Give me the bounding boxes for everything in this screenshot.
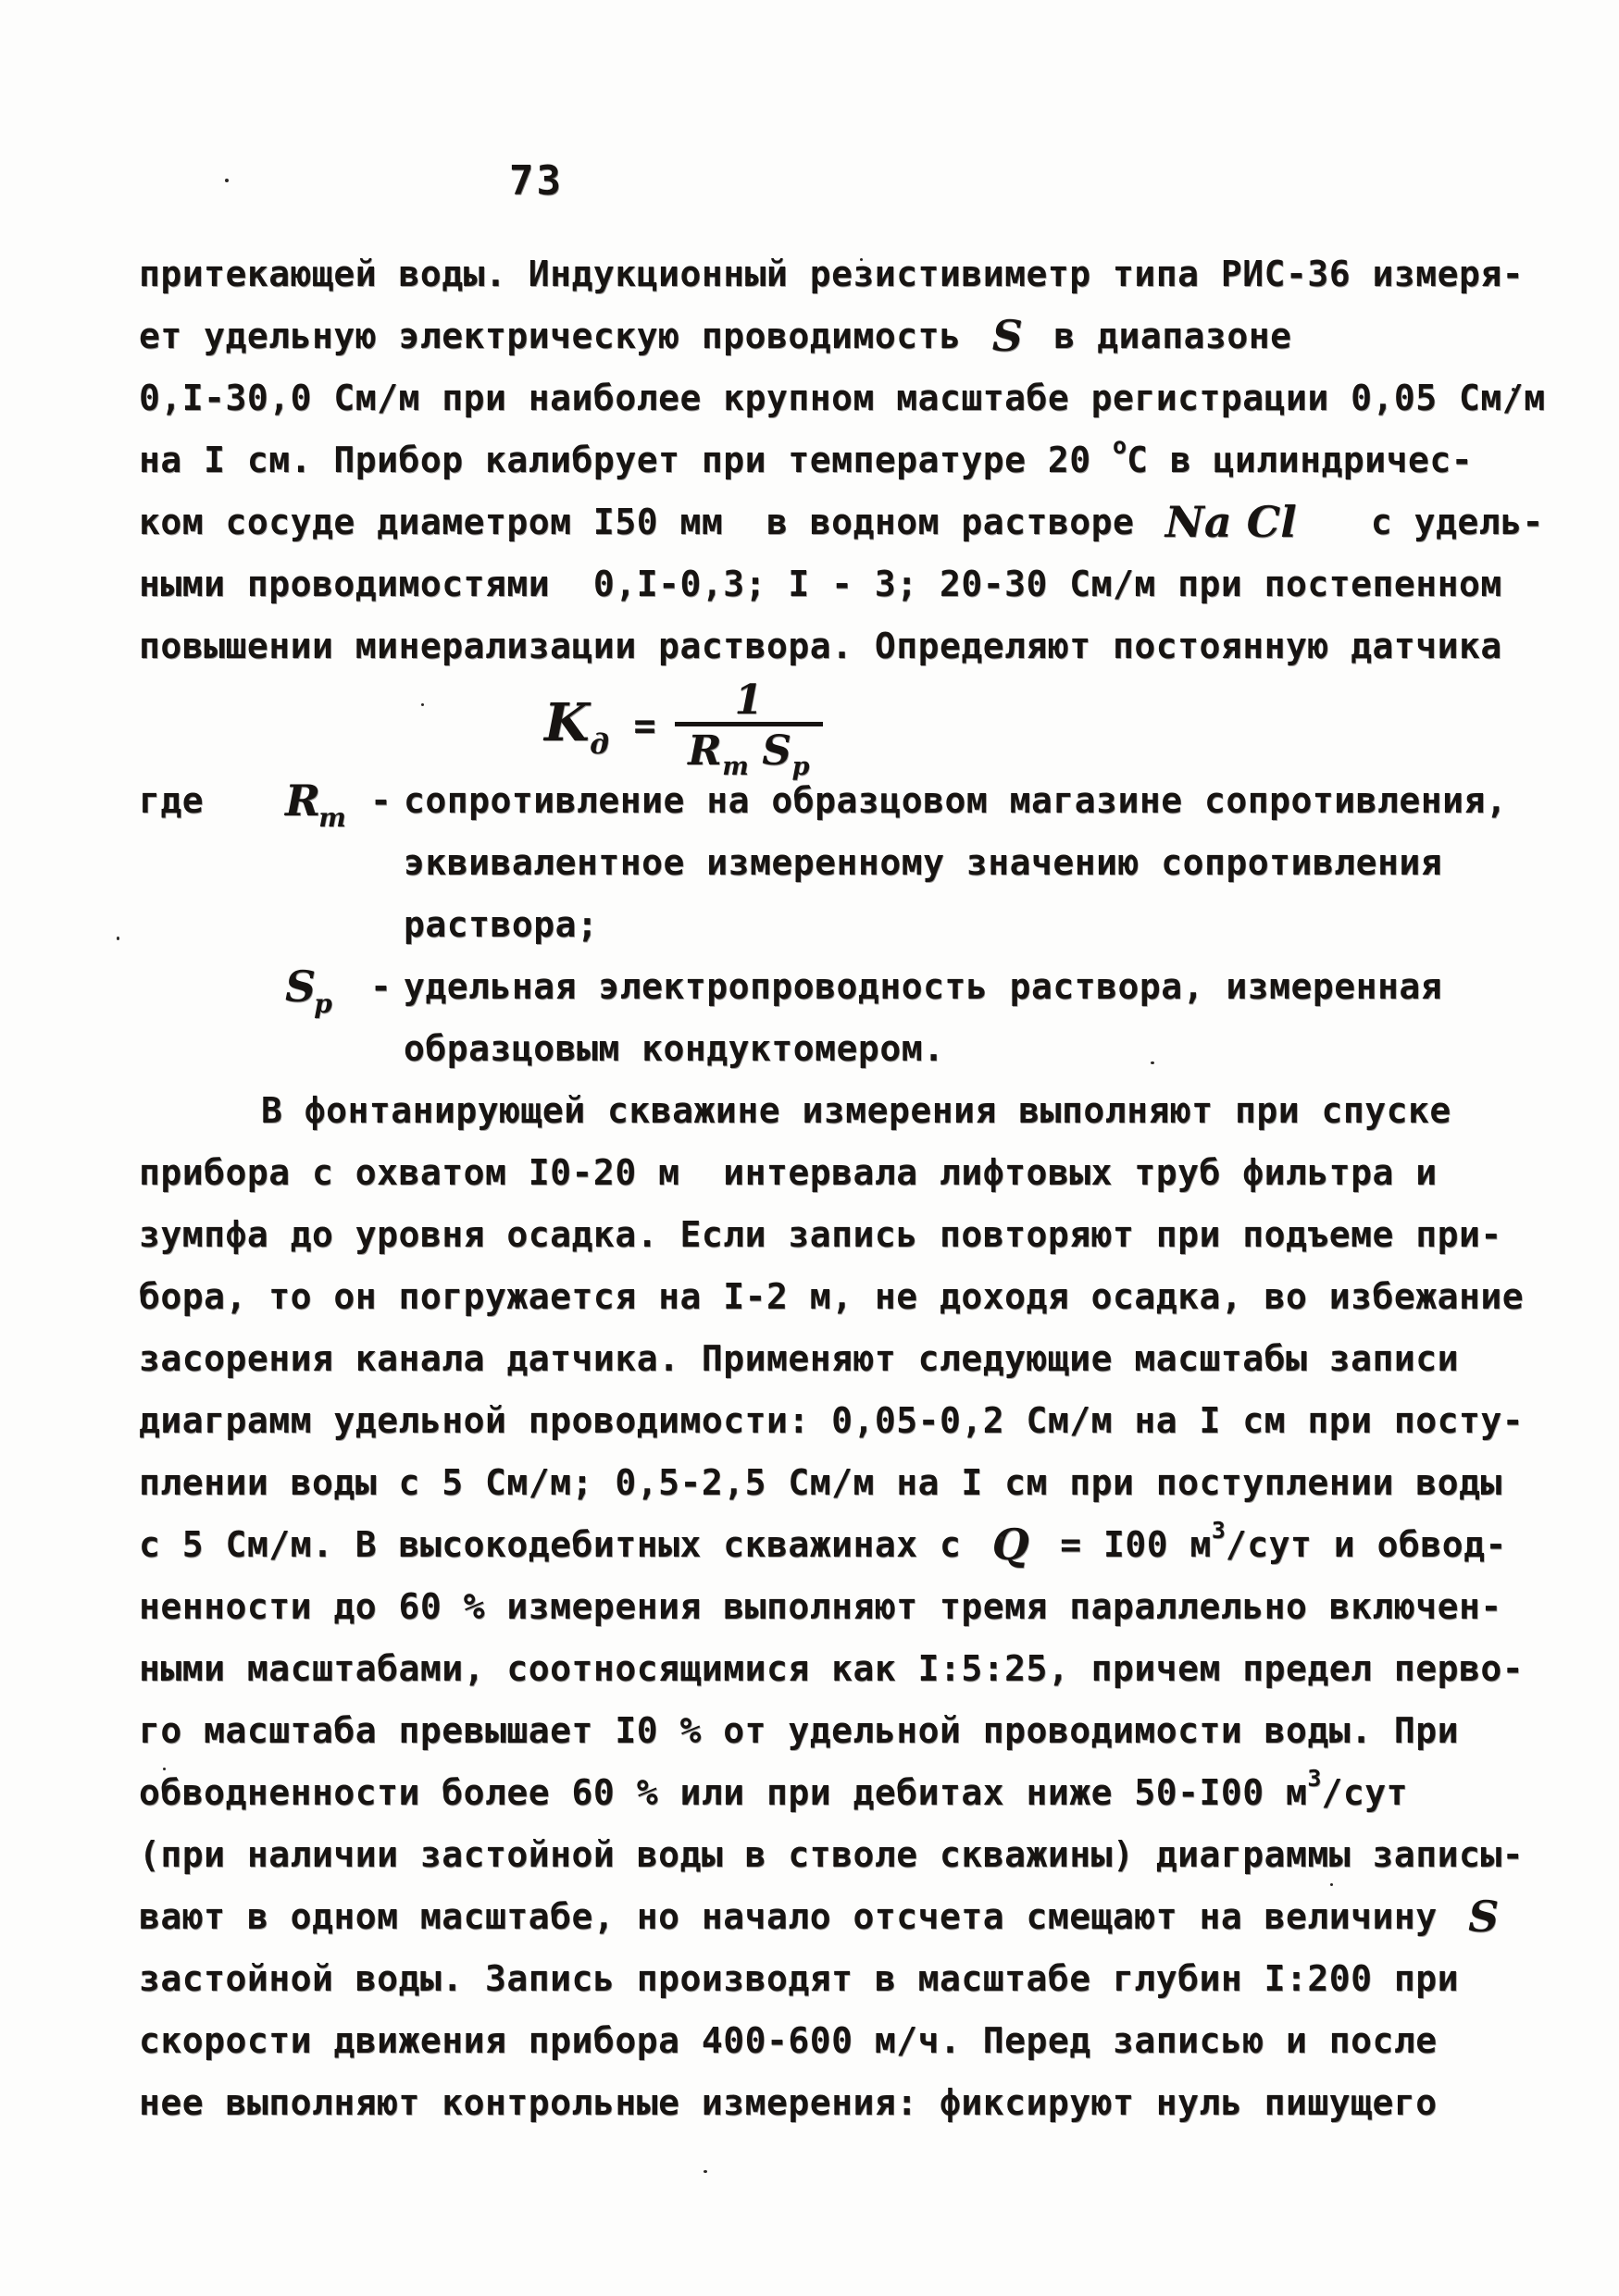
text-line-content: /сут и обвод- [1226,1524,1507,1565]
text-line: обводненности более 60 % или при дебитах… [139,1761,1564,1823]
text-line-content: 0,I-30,0 См/м при наиболее крупном масшт… [139,378,1546,418]
script-symbol: Q [992,1520,1029,1570]
superscript: о [1113,432,1127,459]
text-line: плении воды с 5 См/м; 0,5-2,5 См/м на I … [139,1451,1564,1513]
text-line: повышении минерализации раствора. Опреде… [139,614,1564,676]
text-line: вают в одном масштабе, но начало отсчета… [139,1885,1564,1947]
formula-lhs: Kд [544,692,610,753]
script-symbol-subscript: р [314,988,332,1019]
text-line-content: на I см. Прибор калибрует при температур… [139,440,1113,480]
text-line: ными масштабами, соотносящимися как I:5:… [139,1637,1564,1699]
text-line-content: притекающей воды. Индукционный резистиви… [139,254,1524,294]
text-line: застойной воды. Запись производят в масш… [139,1947,1564,2009]
definition-text: сопротивление на образцовом магазине соп… [404,780,1507,821]
scan-speckle [860,258,863,261]
text-line-content: в диапазоне [1032,316,1292,356]
scan-speckle [1151,1061,1154,1064]
text-line: раствора; [139,893,1564,955]
text-line-content: ком сосуде диаметром I50 мм в водном рас… [139,502,1156,542]
text-line: 0,I-30,0 См/м при наиболее крупном масшт… [139,366,1564,428]
text-line-content: скорости движения прибора 400-600 м/ч. П… [139,2020,1438,2061]
superscript: 3 [1307,1765,1321,1792]
text-line: засорения канала датчика. Применяют след… [139,1327,1564,1389]
scan-speckle [225,179,229,182]
text-line: притекающей воды. Индукционный резистиви… [139,242,1564,304]
definition-dash: - [370,780,404,821]
definition-symbol: Sр [276,962,370,1011]
definition-text: удельная электропроводность раствора, из… [404,966,1442,1007]
text-line: Sр-удельная электропроводность раствора,… [139,955,1564,1017]
text-line-content: обводненности более 60 % или при дебитах… [139,1772,1307,1813]
text-line-content: /сут [1321,1772,1408,1813]
formula-den-term1: R [688,727,722,775]
script-symbol: Rт [285,776,348,825]
formula-den-term2: S [762,727,791,775]
script-symbol-base: R [285,776,320,825]
text-line-content: С в цилиндричес- [1127,440,1473,480]
script-symbol: Na Cl [1165,497,1297,547]
text-line-content: бора, то он погружается на I-2 м, не дох… [139,1276,1524,1317]
text-line: зумпфа до уровня осадка. Если запись пов… [139,1203,1564,1265]
formula-equals: = [634,705,657,748]
formula-fraction: 1RтSр [675,681,823,780]
text-line: скорости движения прибора 400-600 м/ч. П… [139,2009,1564,2071]
text-line-content: го масштаба превышает I0 % от удельной п… [139,1710,1459,1751]
text-line: (при наличии застойной воды в стволе скв… [139,1823,1564,1885]
text-line-content: прибора с охватом I0-20 м интервала лифт… [139,1152,1438,1193]
definition-continuation: эквивалентное измеренному значению сопро… [139,842,1442,883]
text-line: ненности до 60 % измерения выполняют тре… [139,1575,1564,1637]
scan-speckle [704,2170,707,2173]
script-symbol: S [992,311,1023,361]
text-line-content: ными проводимостями 0,I-0,3; I - 3; 20-3… [139,564,1502,604]
scan-speckle [421,703,424,706]
formula-lhs-base: K [544,692,590,753]
text-line: эквивалентное измеренному значению сопро… [139,831,1564,893]
formula-den-term1-sub: т [722,752,749,781]
scan-speckle [117,937,119,940]
text-line-content: застойной воды. Запись производят в масш… [139,1958,1459,1999]
text-line: диаграмм удельной проводимости: 0,05-0,2… [139,1389,1564,1451]
formula-numerator: 1 [675,681,823,726]
text-line: ком сосуде диаметром I50 мм в водном рас… [139,490,1564,552]
text-line: с 5 См/м. В высокодебитных скважинах с Q… [139,1513,1564,1575]
text-line-content: ненности до 60 % измерения выполняют тре… [139,1586,1502,1627]
text-line: нее выполняют контрольные измерения: фик… [139,2071,1564,2133]
text-line: го масштаба превышает I0 % от удельной п… [139,1699,1564,1761]
script-symbol-base: S [285,962,316,1011]
definition-dash: - [370,966,404,1007]
text-line-content: вают в одном масштабе, но начало отсчета… [139,1896,1459,1937]
text-line-content: = I00 м [1039,1524,1212,1565]
formula-block: Kд=1RтSр [139,676,1564,769]
text-line-content: ет удельную электрическую проводимость [139,316,983,356]
page-number: 73 [509,157,564,205]
text-line: образцовым кондуктомером. [139,1017,1564,1079]
definition-symbol: Rт [276,776,370,825]
text-line-content: диаграмм удельной проводимости: 0,05-0,2… [139,1400,1524,1441]
scan-speckle [163,1768,166,1770]
scan-speckle [1000,1536,1003,1540]
scan-speckle [1512,388,1515,391]
definition-continuation: раствора; [139,904,598,945]
definition-continuation: образцовым кондуктомером. [139,1028,944,1069]
text-line-content: с удель- [1306,502,1544,542]
script-symbol: S [1468,1892,1499,1942]
scan-speckle [1330,1883,1333,1886]
text-line-content: (при наличии застойной воды в стволе скв… [139,1834,1524,1875]
scanned-document-page: 73 притекающей воды. Индукционный резист… [0,0,1619,2296]
formula-den-term2-sub: р [792,752,810,781]
text-block: притекающей воды. Индукционный резистиви… [139,242,1564,2133]
text-line: бора, то он погружается на I-2 м, не дох… [139,1265,1564,1327]
text-line: ет удельную электрическую проводимость S… [139,304,1564,366]
text-line-content: зумпфа до уровня осадка. Если запись пов… [139,1214,1502,1255]
text-line-content: с 5 См/м. В высокодебитных скважинах с [139,1524,983,1565]
text-line: на I см. Прибор калибрует при температур… [139,428,1564,490]
superscript: 3 [1212,1517,1226,1544]
text-line-content: засорения канала датчика. Применяют след… [139,1338,1459,1379]
text-line-content: плении воды с 5 См/м; 0,5-2,5 См/м на I … [139,1462,1502,1503]
formula-lhs-subscript: д [590,728,609,761]
script-symbol-subscript: т [318,802,346,833]
text-line-content: нее выполняют контрольные измерения: фик… [139,2082,1438,2123]
text-line: ными проводимостями 0,I-0,3; I - 3; 20-3… [139,552,1564,614]
paragraph-first-line: В фонтанирующей скважине измерения выпол… [139,1090,1451,1131]
text-line-content: ными масштабами, соотносящимися как I:5:… [139,1648,1524,1689]
text-line-content: повышении минерализации раствора. Опреде… [139,626,1502,666]
script-symbol: Sр [285,962,334,1011]
definition-label: где [139,780,276,821]
text-line: гдеRт-сопротивление на образцовом магази… [139,769,1564,831]
text-line: прибора с охватом I0-20 м интервала лифт… [139,1141,1564,1203]
text-line: В фонтанирующей скважине измерения выпол… [139,1079,1564,1141]
formula-denominator: RтSр [675,726,823,780]
